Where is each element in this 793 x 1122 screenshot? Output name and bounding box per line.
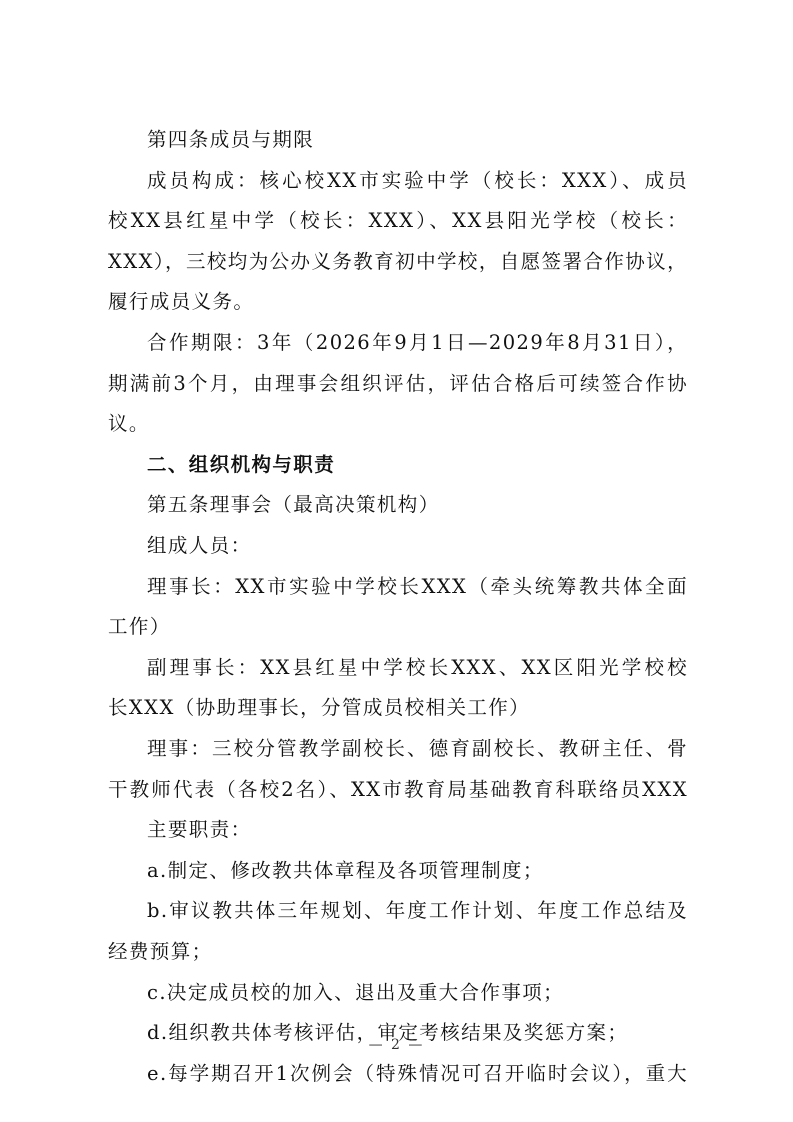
text-line: 干教师代表（各校2名）、XX市教育局基础教育科联络员XXX [108,778,688,802]
section-heading: 二、组织机构与职责 [147,453,688,477]
text-line: 理事：三校分管教学副校长、德育副校长、教研主任、骨 [147,737,688,761]
text-line: 履行成员义务。 [108,290,688,314]
text-line: 理事长：XX市实验中学校长XXX（牵头统筹教共体全面 [147,575,688,599]
text-line: 校XX县红星中学（校长：XXX）、XX县阳光学校（校长： [108,209,688,233]
text-line: 主要职责： [147,818,688,842]
text-line: 成员构成：核心校XX市实验中学（校长：XXX）、成员 [147,169,688,193]
page-number: — 2 — [0,1037,793,1053]
text-line: 副理事长：XX县红星中学校长XXX、XX区阳光学校校 [147,656,688,680]
text-line: XXX），三校均为公办义务教育初中学校，自愿签署合作协议， [108,250,688,274]
text-line: 经费预算； [108,940,688,964]
text-line: 期满前3个月，由理事会组织评估，评估合格后可续签合作协 [108,372,688,396]
text-line: e.每学期召开1次例会（特殊情况可召开临时会议），重大 [147,1062,688,1086]
text-line: 议。 [108,412,688,436]
text-line: b.审议教共体三年规划、年度工作计划、年度工作总结及 [147,899,688,923]
text-line: a.制定、修改教共体章程及各项管理制度； [147,859,688,883]
text-line: 组成人员： [147,534,688,558]
text-line: c.决定成员校的加入、退出及重大合作事项； [147,981,688,1005]
text-line: 长XXX（协助理事长，分管成员校相关工作） [108,696,688,720]
document-page: 第四条成员与期限成员构成：核心校XX市实验中学（校长：XXX）、成员校XX县红星… [0,0,793,1122]
text-line: 第四条成员与期限 [147,128,688,152]
text-line: 工作） [108,615,688,639]
text-line: 合作期限：3年（2026年9月1日—2029年8月31日）， [147,331,688,355]
text-line: 第五条理事会（最高决策机构） [147,493,688,517]
